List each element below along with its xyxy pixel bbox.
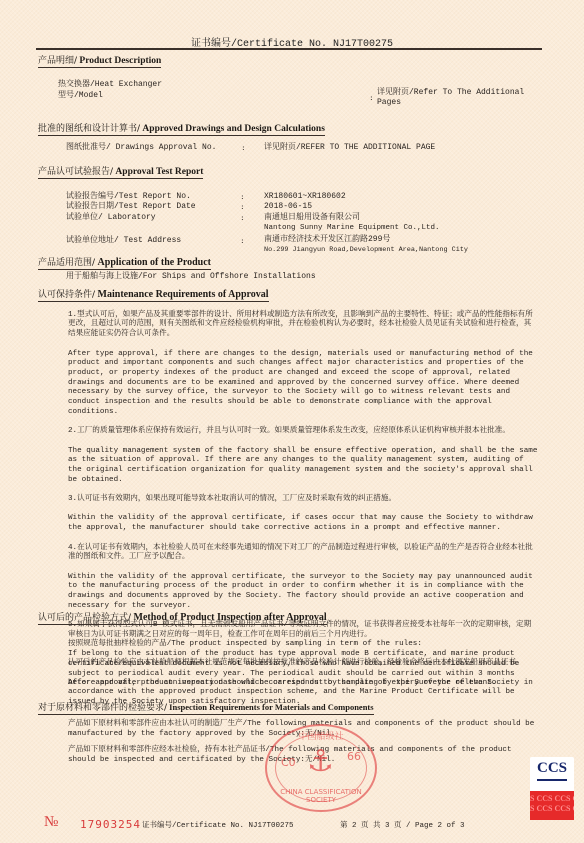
section-application: 产品适用范围/ Application of the Product	[38, 255, 211, 270]
maintenance-item-4-cn: 4.在认可证书有效期内，本社检验人员可在未经事先通知的情况下对工厂的产品制造过程…	[68, 544, 538, 563]
heading-cn: 对于原材料和零部件的检验要求/	[38, 703, 167, 713]
maintenance-item-3-en: Within the validity of the approval cert…	[68, 514, 538, 533]
maintenance-item-2-cn: 2.工厂的质量管理体系应保持有效运行，并且与认可时一致。如果质量管理体系发生改变…	[68, 427, 538, 437]
heading-cn: 批准的图纸和设计计算书/	[38, 124, 140, 134]
heading-cn: 产品适用范围/	[38, 258, 95, 268]
maintenance-item-4-en: Within the validity of the approval cert…	[68, 573, 538, 612]
section-approval-test-report: 产品认可试验报告/ Approval Test Report	[38, 164, 203, 179]
test-address-value-en: No.299 Jiangyun Road,Development Area,Na…	[264, 246, 468, 256]
ccs-logo-pattern: S CCS CCS CCS CCS CCS S CCS CCS CCS CCS …	[530, 791, 574, 820]
application-text: 用于船舶与海上设施/For Ships and Offshore Install…	[66, 272, 316, 282]
test-report-no-label: 试验报告编号/Test Report No.	[66, 192, 191, 202]
test-address-label: 试验单位地址/ Test Address	[66, 236, 181, 246]
section-approved-drawings: 批准的图纸和设计计算书/ Approved Drawings and Desig…	[38, 121, 325, 136]
heading-cn: 产品认可试验报告/	[38, 167, 113, 177]
laboratory-value-cn: 南通旭日船用设备有限公司	[264, 213, 360, 223]
drawings-approval-value: 详见附页/REFER TO THE ADDITIONAL PAGE	[264, 143, 435, 153]
section-maintenance: 认可保持条件/ Maintenance Requirements of Appr…	[38, 287, 269, 302]
stamp-top-text: 中国船级社	[277, 729, 365, 742]
stamp-right-code: 66	[347, 750, 361, 763]
number-symbol: №	[44, 814, 58, 831]
ccs-logo-text: CCS	[530, 757, 574, 779]
heading-cn: 认可保持条件/	[38, 290, 95, 300]
stamp-left-code: C0	[281, 756, 296, 769]
footer-certificate-no: 证书编号/Certificate No. NJ17T00275	[142, 819, 294, 830]
section-inspection-method: 认可后的产品检验方式/ Method of Product Inspection…	[38, 610, 327, 625]
laboratory-label: 试验单位/ Laboratory	[66, 213, 156, 223]
heading-en: Inspection Requirements for Materials an…	[169, 702, 373, 712]
serial-number: 17903254	[80, 818, 141, 831]
maintenance-item-1-cn: 1.型式认可后，如果产品及其重要零部件的设计、所用材料或制造方法有所改变，且影响…	[68, 311, 538, 340]
test-report-date-value: 2018-06-15	[264, 202, 312, 212]
laboratory-value-en: Nantong Sunny Marine Equipment Co.,Ltd.	[264, 224, 440, 234]
test-address-value-cn: 南通市经济技术开发区江韵路299号	[264, 235, 390, 245]
stamp-ring-text: CHINA CLASSIFICATION SOCIETY	[277, 788, 365, 804]
section-materials: 对于原材料和零部件的检验要求/ Inspection Requirements …	[38, 700, 374, 715]
inspection-intro: 按照规范每批抽样检验的产品/The product inspected by s…	[68, 640, 538, 650]
header-rule	[36, 48, 542, 50]
heading-en: Product Description	[79, 56, 161, 66]
heading-en: Approval Test Report	[115, 167, 203, 177]
page-indicator: 第 2 页 共 3 页 / Page 2 of 3	[340, 819, 465, 830]
drawings-approval-label: 图纸批准号/ Drawings Approval No.	[66, 143, 216, 153]
inspection-cn: 认可后的产品检验应由本社验船师根据本社规范规定每批抽样按批准的产品检验计划进行检…	[68, 659, 538, 669]
maintenance-item-1-en: After type approval, if there are change…	[68, 350, 538, 418]
ccs-logo: CCS S CCS CCS CCS CCS CCS S CCS CCS CCS …	[530, 757, 574, 819]
heading-en: Approved Drawings and Design Calculation…	[142, 124, 324, 134]
test-report-no-value: XR180601~XR180602	[264, 192, 346, 202]
heading-en: Application of the Product	[98, 257, 211, 268]
section-product-description: 产品明细/ Product Description	[38, 53, 161, 68]
product-name: 热交换器/Heat Exchanger	[58, 80, 162, 90]
heading-cn: 认可后的产品检验方式/	[38, 613, 131, 623]
maintenance-item-3-cn: 3.认可证书有效期内，如果出现可能导致本社取消认可的情况，工厂应及时采取有效的纠…	[68, 495, 538, 505]
ccs-seal-stamp: 中国船级社 C0 66 ⚓ CHINA CLASSIFICATION SOCIE…	[265, 724, 377, 812]
maintenance-item-2-en: The quality management system of the fac…	[68, 447, 538, 486]
test-report-date-label: 试验报告日期/Test Report Date	[66, 202, 196, 212]
model-value: 详见附页/Refer To The Additional Pages	[377, 88, 527, 107]
heading-cn: 产品明细/	[38, 56, 77, 66]
heading-en: Method of Product Inspection after Appro…	[134, 612, 327, 623]
heading-en: Maintenance Requirements of Approval	[98, 289, 269, 300]
model-label: 型号/Model	[58, 91, 103, 101]
anchor-icon: ⚓	[307, 744, 334, 779]
